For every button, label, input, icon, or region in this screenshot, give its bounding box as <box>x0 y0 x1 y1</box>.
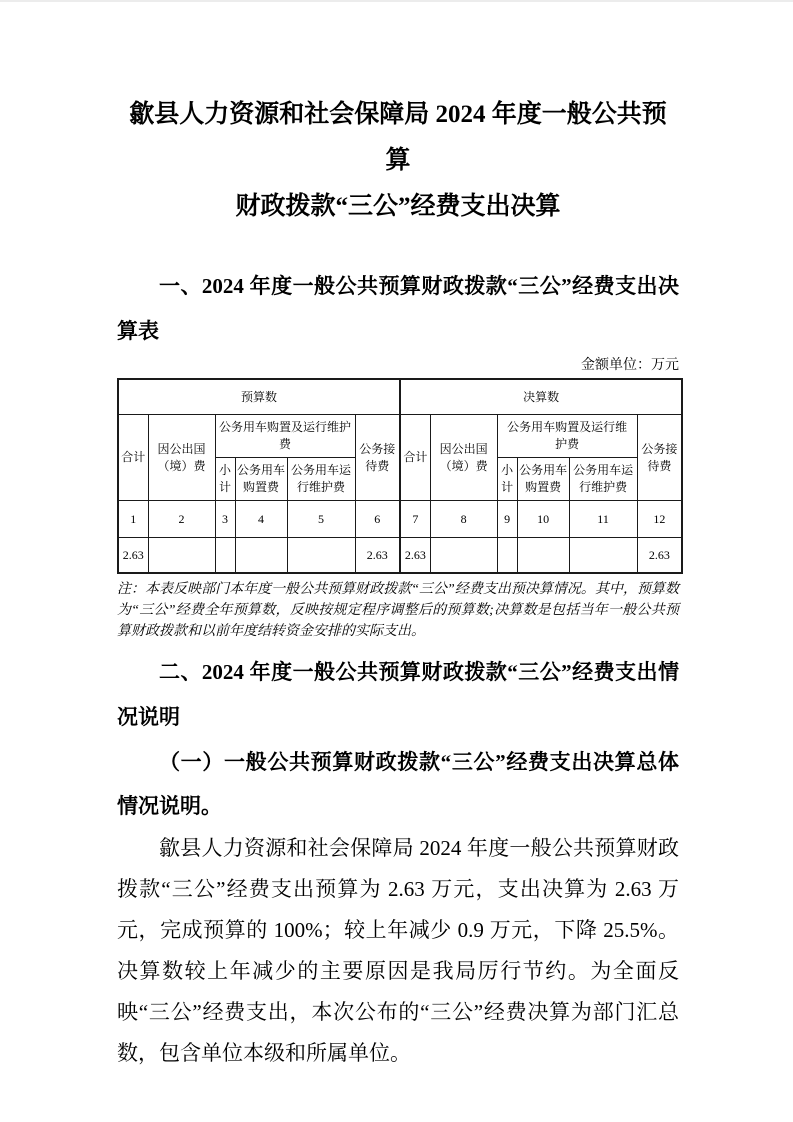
col-header-vehicle-group-budget: 公务用车购置及运行维护 费 <box>215 415 355 458</box>
column-number-cell: 6 <box>355 501 400 538</box>
table-header-row-1: 合计 因公出国 （境）费 公务用车购置及运行维护 费 公务接 待费 合计 因公出… <box>118 415 682 458</box>
column-number-cell: 3 <box>215 501 235 538</box>
col-header-reception-budget: 公务接 待费 <box>355 415 400 501</box>
value-cell-purchase-final <box>517 538 569 574</box>
value-cell-maintenance-final <box>569 538 637 574</box>
column-number-cell: 7 <box>400 501 430 538</box>
value-cell-reception-budget: 2.63 <box>355 538 400 574</box>
group-header-final: 决算数 <box>400 379 682 415</box>
section-one-heading: 一、2024 年度一般公共预算财政拨款“三公”经费支出决算表 <box>117 264 679 354</box>
col-header-subtotal-budget: 小 计 <box>215 458 235 501</box>
col-header-abroad-budget: 因公出国 （境）费 <box>148 415 215 501</box>
value-cell-abroad-final <box>430 538 497 574</box>
col-header-maintenance-budget: 公务用车运 行维护费 <box>287 458 355 501</box>
col-header-purchase-final: 公务用车 购置费 <box>517 458 569 501</box>
column-number-cell: 8 <box>430 501 497 538</box>
column-number-cell: 2 <box>148 501 215 538</box>
value-cell-reception-final: 2.63 <box>637 538 682 574</box>
document-title-line-2: 财政拨款“三公”经费支出决算 <box>117 184 679 230</box>
value-cell-abroad-budget <box>148 538 215 574</box>
col-header-total-budget: 合计 <box>118 415 148 501</box>
column-number-cell: 4 <box>235 501 287 538</box>
column-number-cell: 1 <box>118 501 148 538</box>
value-cell-purchase-budget <box>235 538 287 574</box>
subsection-one-heading: （一）一般公共预算财政拨款“三公”经费支出决算总体情况说明。 <box>117 740 679 828</box>
column-number-cell: 12 <box>637 501 682 538</box>
value-cell-maintenance-budget <box>287 538 355 574</box>
column-number-cell: 9 <box>497 501 517 538</box>
table-note: 注：本表反映部门本年度一般公共预算财政拨款“三公”经费支出预决算情况。其中，预算… <box>117 579 679 642</box>
three-public-funds-table: 预算数 决算数 合计 因公出国 （境）费 公务用车购置及运行维护 费 公务接 待… <box>117 378 683 574</box>
value-cell-total-final: 2.63 <box>400 538 430 574</box>
table-group-row: 预算数 决算数 <box>118 379 682 415</box>
value-cell-total-budget: 2.63 <box>118 538 148 574</box>
col-header-subtotal-final: 小 计 <box>497 458 517 501</box>
value-cell-subtotal-budget <box>215 538 235 574</box>
col-header-purchase-budget: 公务用车 购置费 <box>235 458 287 501</box>
col-header-total-final: 合计 <box>400 415 430 501</box>
col-header-vehicle-group-final: 公务用车购置及运行维 护费 <box>497 415 637 458</box>
group-header-budget: 预算数 <box>118 379 400 415</box>
column-number-cell: 5 <box>287 501 355 538</box>
document-title-line-1: 歙县人力资源和社会保障局 2024 年度一般公共预算 <box>117 92 679 184</box>
section-two-heading: 二、2024 年度一般公共预算财政拨款“三公”经费支出情况说明 <box>117 650 679 740</box>
amount-unit-label: 金额单位：万元 <box>117 355 679 377</box>
column-number-cell: 10 <box>517 501 569 538</box>
column-number-cell: 11 <box>569 501 637 538</box>
value-cell-subtotal-final <box>497 538 517 574</box>
summary-paragraph: 歙县人力资源和社会保障局 2024 年度一般公共预算财政拨款“三公”经费支出预算… <box>117 828 679 1074</box>
col-header-maintenance-final: 公务用车运 行维护费 <box>569 458 637 501</box>
col-header-reception-final: 公务接 待费 <box>637 415 682 501</box>
document-page: 歙县人力资源和社会保障局 2024 年度一般公共预算 财政拨款“三公”经费支出决… <box>0 0 793 1122</box>
value-row: 2.63 2.63 2.63 2.63 <box>118 538 682 574</box>
col-header-abroad-final: 因公出国 （境）费 <box>430 415 497 501</box>
document-title: 歙县人力资源和社会保障局 2024 年度一般公共预算 财政拨款“三公”经费支出决… <box>117 92 679 230</box>
column-number-row: 1 2 3 4 5 6 7 8 9 10 11 12 <box>118 501 682 538</box>
